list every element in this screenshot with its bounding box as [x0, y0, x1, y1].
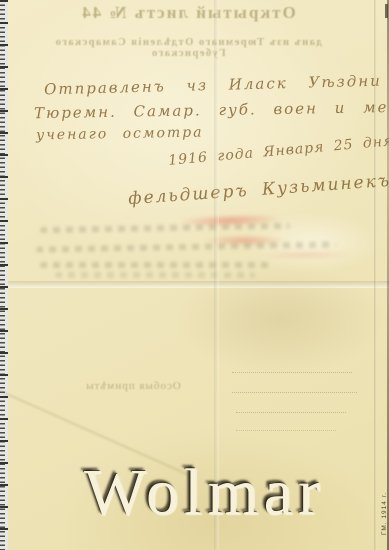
ruler-scale	[0, 0, 8, 550]
dotted-rule-line	[236, 430, 336, 431]
wolmar-watermark: Wolmar	[84, 455, 325, 531]
vertical-fold-crease	[374, 0, 377, 550]
ink-bleed-line	[40, 262, 270, 268]
ruler-long-ticks-icon	[0, 0, 8, 550]
handwriting-line-3: ученаго осмотра	[36, 125, 204, 144]
dotted-rule-line	[232, 372, 352, 373]
ink-bleed-line	[55, 272, 255, 278]
dotted-rule-line	[232, 392, 357, 393]
bleedthrough-special-marks-label: Особыя примѣты	[68, 380, 198, 392]
bleedthrough-title: Открытый листъ № 44	[18, 3, 358, 23]
document-photo: Открытый листъ № 44 данъ изъ Тюремнаго О…	[0, 0, 389, 550]
horizontal-fold-crease	[8, 281, 389, 288]
bleedthrough-subtitle: данъ изъ Тюремнаго Отдѣленія Самарскаго …	[18, 37, 358, 59]
dotted-rule-line	[236, 412, 346, 413]
paper-edge-notch	[385, 4, 388, 18]
